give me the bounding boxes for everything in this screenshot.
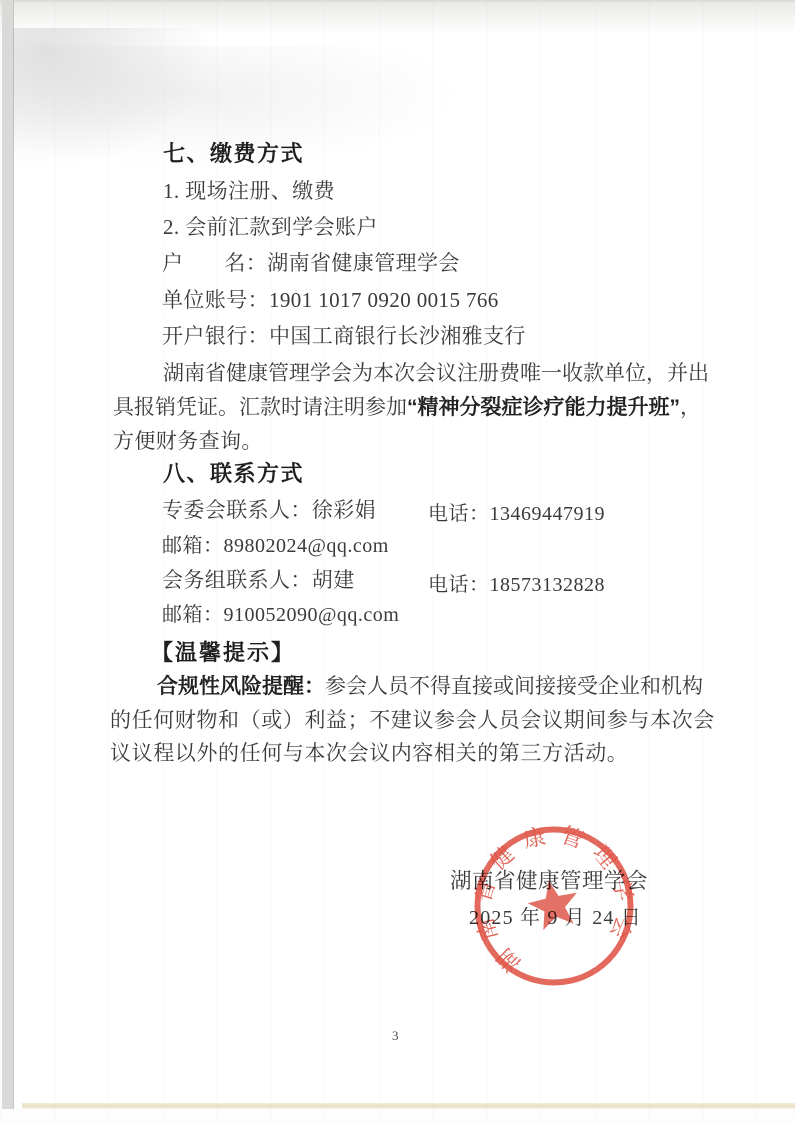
note-line-1: 湖南省健康管理学会为本次会议注册费唯一收款单位，并出 (163, 360, 709, 386)
section-7-heading: 七、缴费方式 (163, 141, 304, 167)
account-number-line: 单位账号：1901 1017 0920 0015 766 (162, 287, 499, 313)
note-line-2-post: ， (680, 395, 701, 419)
notice-heading: 【温馨提示】 (151, 640, 295, 666)
seal-star-icon (524, 875, 583, 932)
compliance-line-2: 的任何财物和（或）利益；不建议参会人员会议期间参与本次会 (110, 707, 715, 733)
account-name-value: 名：湖南省健康管理学会 (224, 251, 459, 275)
page-number: 3 (392, 1028, 399, 1044)
account-name-line: 户名：湖南省健康管理学会 (162, 250, 460, 276)
note-line-3: 方便财务查询。 (113, 428, 263, 454)
compliance-line-3: 议议程以外的任何与本次会议内容相关的第三方活动。 (110, 740, 628, 766)
scanned-document-page: 七、缴费方式 1. 现场注册、缴费 2. 会前汇款到学会账户 户名：湖南省健康管… (0, 0, 795, 1123)
compliance-line-1: 合规性风险提醒：参会人员不得直接或间接接受企业和机构 (157, 673, 703, 700)
section-8-heading: 八、联系方式 (163, 461, 304, 487)
account-name-label: 户 (162, 251, 183, 275)
note-line-2: 具报销凭证。汇款时请注明参加“精神分裂症诊疗能力提升班”， (113, 394, 701, 421)
payment-item-remit: 2. 会前汇款到学会账户 (163, 214, 378, 240)
note-line-2-pre: 具报销凭证。汇款时请注明参加 (113, 395, 407, 419)
contact-person-1: 专委会联系人：徐彩娟 (162, 497, 376, 523)
contact-email-1: 邮箱：89802024@qq.com (162, 533, 389, 559)
contact-phone-2: 电话：18573132828 (428, 572, 605, 598)
scan-left-edge (2, 0, 14, 1123)
course-title-bold: “精神分裂症诊疗能力提升班” (407, 396, 680, 419)
compliance-line-1-rest: 参会人员不得直接或间接接受企业和机构 (325, 674, 703, 698)
scanner-streaks-overlay (0, 0, 795, 1123)
seal-graphic: 湖南省健康管理学会 (469, 821, 639, 991)
scanner-background (0, 1109, 795, 1123)
contact-email-2: 邮箱：910052090@qq.com (162, 602, 399, 628)
payment-item-onsite: 1. 现场注册、缴费 (163, 178, 335, 204)
official-seal: 湖南省健康管理学会 (469, 821, 639, 991)
contact-phone-1: 电话：13469447919 (428, 501, 605, 527)
compliance-lead-bold: 合规性风险提醒： (157, 675, 325, 698)
contact-person-2: 会务组联系人：胡建 (162, 567, 355, 593)
bank-line: 开户银行：中国工商银行长沙湘雅支行 (162, 323, 526, 349)
